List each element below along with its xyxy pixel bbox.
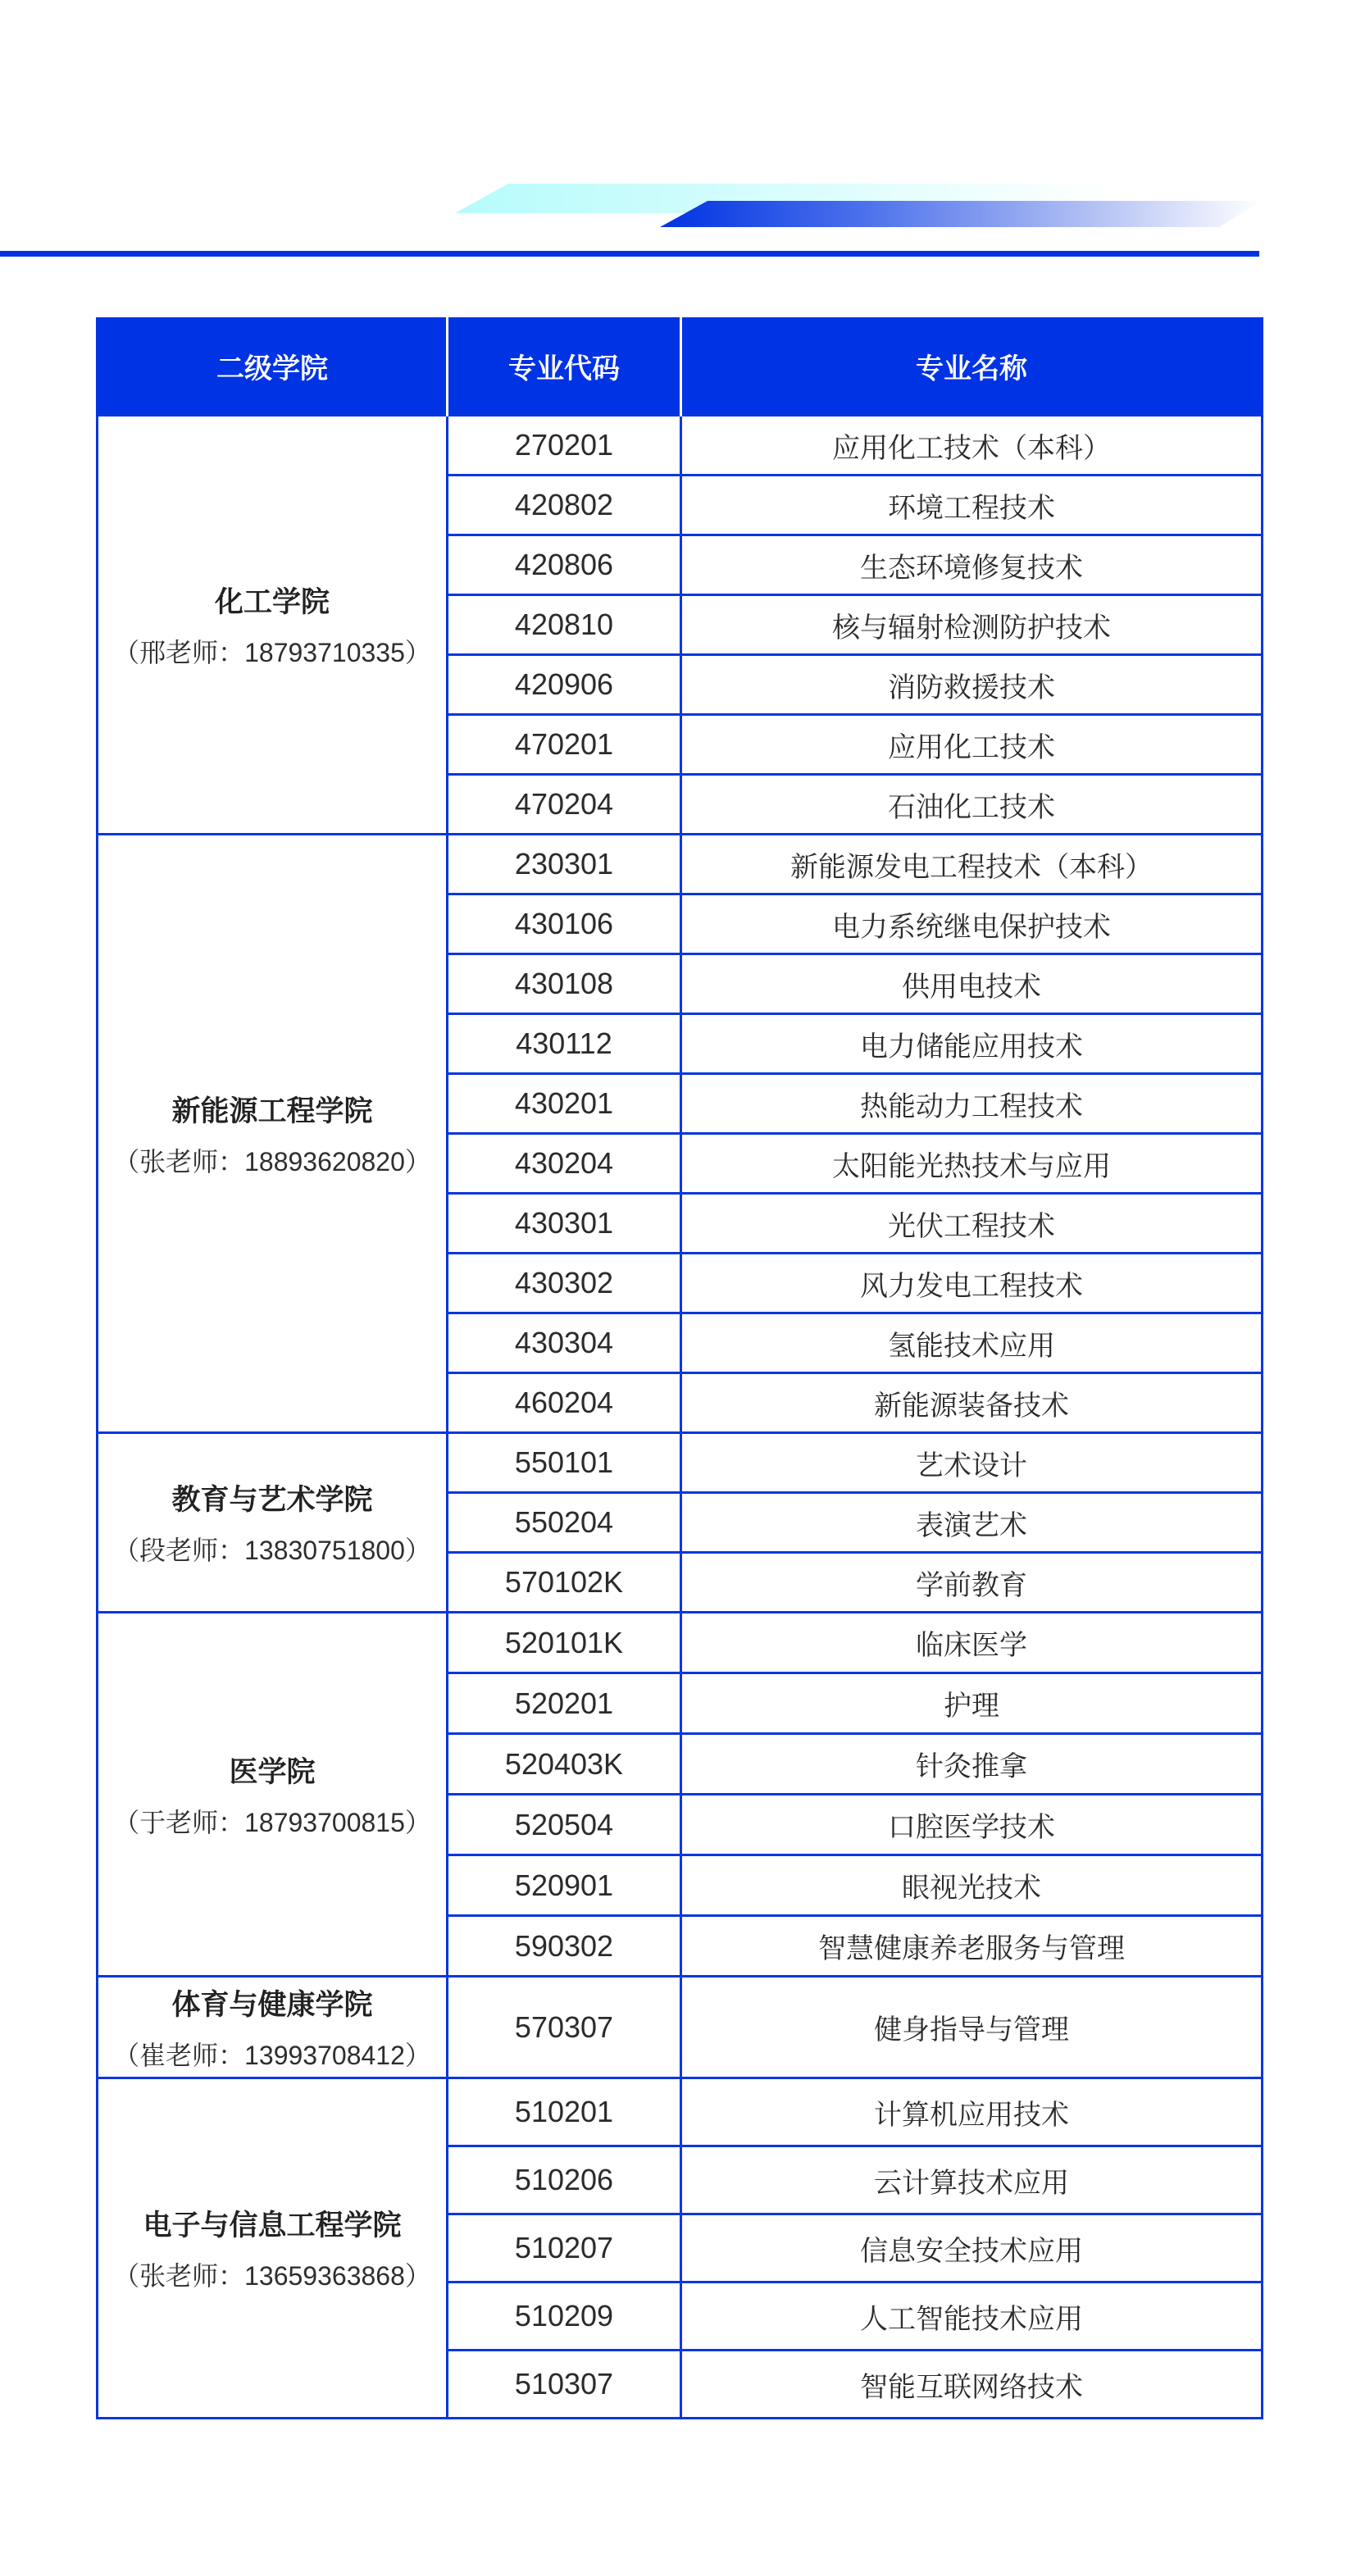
major-code-cell: 430302 bbox=[448, 1254, 681, 1313]
college-name: 新能源工程学院 bbox=[103, 1089, 441, 1130]
major-code-cell: 510307 bbox=[448, 2351, 681, 2419]
major-code-cell: 590302 bbox=[448, 1916, 681, 1977]
major-name-cell: 太阳能光热技术与应用 bbox=[681, 1134, 1263, 1194]
header-major-code: 专业代码 bbox=[448, 317, 681, 416]
header-rule-line bbox=[0, 251, 1259, 257]
major-code-cell: 470204 bbox=[448, 775, 681, 835]
college-contact: （邢老师：18793710335） bbox=[103, 632, 441, 670]
major-name-cell: 供用电技术 bbox=[681, 954, 1263, 1014]
major-name-cell: 消防救援技术 bbox=[681, 655, 1263, 715]
major-code-cell: 430204 bbox=[448, 1134, 681, 1194]
major-name-cell: 电力储能应用技术 bbox=[681, 1014, 1263, 1074]
major-code-cell: 430304 bbox=[448, 1313, 681, 1373]
college-cell: 化工学院（邢老师：18793710335） bbox=[98, 416, 448, 835]
major-code-cell: 570102K bbox=[448, 1553, 681, 1613]
major-code-cell: 520403K bbox=[448, 1734, 681, 1795]
college-name: 教育与艺术学院 bbox=[103, 1477, 441, 1518]
college-cell: 教育与艺术学院（段老师：13830751800） bbox=[98, 1433, 448, 1613]
major-code-cell: 550204 bbox=[448, 1493, 681, 1553]
table-row: 化工学院（邢老师：18793710335）270201应用化工技术（本科） bbox=[98, 416, 1263, 476]
major-name-cell: 光伏工程技术 bbox=[681, 1194, 1263, 1254]
major-name-cell: 智慧健康养老服务与管理 bbox=[681, 1916, 1263, 1977]
major-code-cell: 550101 bbox=[448, 1433, 681, 1493]
major-name-cell: 智能互联网络技术 bbox=[681, 2351, 1263, 2419]
college-cell: 体育与健康学院（崔老师：13993708412） bbox=[98, 1977, 448, 2078]
major-name-cell: 氢能技术应用 bbox=[681, 1313, 1263, 1373]
major-name-cell: 人工智能技术应用 bbox=[681, 2282, 1263, 2351]
major-name-cell: 热能动力工程技术 bbox=[681, 1074, 1263, 1134]
major-name-cell: 信息安全技术应用 bbox=[681, 2214, 1263, 2282]
major-code-cell: 510209 bbox=[448, 2282, 681, 2351]
major-name-cell: 风力发电工程技术 bbox=[681, 1254, 1263, 1313]
major-name-cell: 针灸推拿 bbox=[681, 1734, 1263, 1795]
major-name-cell: 护理 bbox=[681, 1673, 1263, 1734]
major-code-cell: 510207 bbox=[448, 2214, 681, 2282]
major-name-cell: 石油化工技术 bbox=[681, 775, 1263, 835]
header-decoration bbox=[0, 0, 1356, 271]
major-name-cell: 表演艺术 bbox=[681, 1493, 1263, 1553]
major-name-cell: 学前教育 bbox=[681, 1553, 1263, 1613]
major-code-cell: 430201 bbox=[448, 1074, 681, 1134]
college-name: 化工学院 bbox=[103, 580, 441, 621]
major-name-cell: 艺术设计 bbox=[681, 1433, 1263, 1493]
college-cell: 电子与信息工程学院（张老师：13659363868） bbox=[98, 2078, 448, 2419]
major-name-cell: 临床医学 bbox=[681, 1613, 1263, 1673]
major-code-cell: 430108 bbox=[448, 954, 681, 1014]
major-code-cell: 430301 bbox=[448, 1194, 681, 1254]
college-contact: （张老师：18893620820） bbox=[103, 1141, 441, 1179]
college-contact: （段老师：13830751800） bbox=[103, 1530, 441, 1568]
college-cell: 新能源工程学院（张老师：18893620820） bbox=[98, 835, 448, 1433]
major-code-cell: 510201 bbox=[448, 2078, 681, 2146]
major-code-cell: 570307 bbox=[448, 1977, 681, 2078]
major-name-cell: 云计算技术应用 bbox=[681, 2146, 1263, 2214]
major-code-cell: 520901 bbox=[448, 1855, 681, 1916]
major-code-cell: 270201 bbox=[448, 416, 681, 476]
major-code-cell: 230301 bbox=[448, 835, 681, 894]
major-name-cell: 健身指导与管理 bbox=[681, 1977, 1263, 2078]
major-name-cell: 眼视光技术 bbox=[681, 1855, 1263, 1916]
college-contact: （崔老师：13993708412） bbox=[103, 2035, 441, 2073]
major-name-cell: 新能源装备技术 bbox=[681, 1373, 1263, 1433]
blue-ribbon bbox=[660, 201, 1263, 227]
table-body: 化工学院（邢老师：18793710335）270201应用化工技术（本科）420… bbox=[98, 416, 1263, 2419]
major-name-cell: 新能源发电工程技术（本科） bbox=[681, 835, 1263, 894]
major-code-cell: 520504 bbox=[448, 1795, 681, 1855]
major-code-cell: 430112 bbox=[448, 1014, 681, 1074]
college-cell: 医学院（于老师：18793700815） bbox=[98, 1613, 448, 1977]
major-code-cell: 520201 bbox=[448, 1673, 681, 1734]
majors-table-container: 二级学院 专业代码 专业名称 化工学院（邢老师：18793710335）2702… bbox=[96, 317, 1261, 2419]
major-code-cell: 470201 bbox=[448, 715, 681, 775]
college-name: 医学院 bbox=[103, 1750, 441, 1791]
table-row: 新能源工程学院（张老师：18893620820）230301新能源发电工程技术（… bbox=[98, 835, 1263, 894]
header-major-name: 专业名称 bbox=[681, 317, 1263, 416]
college-contact: （张老师：13659363868） bbox=[103, 2255, 441, 2293]
major-code-cell: 420802 bbox=[448, 476, 681, 535]
table-row: 医学院（于老师：18793700815）520101K临床医学 bbox=[98, 1613, 1263, 1673]
table-header-row: 二级学院 专业代码 专业名称 bbox=[98, 317, 1263, 416]
major-name-cell: 应用化工技术 bbox=[681, 715, 1263, 775]
major-name-cell: 口腔医学技术 bbox=[681, 1795, 1263, 1855]
major-name-cell: 应用化工技术（本科） bbox=[681, 416, 1263, 476]
table-row: 电子与信息工程学院（张老师：13659363868）510201计算机应用技术 bbox=[98, 2078, 1263, 2146]
major-name-cell: 核与辐射检测防护技术 bbox=[681, 595, 1263, 655]
college-contact: （于老师：18793700815） bbox=[103, 1802, 441, 1840]
major-code-cell: 420906 bbox=[448, 655, 681, 715]
major-code-cell: 420810 bbox=[448, 595, 681, 655]
major-code-cell: 510206 bbox=[448, 2146, 681, 2214]
major-name-cell: 生态环境修复技术 bbox=[681, 535, 1263, 595]
major-name-cell: 电力系统继电保护技术 bbox=[681, 894, 1263, 954]
college-name: 电子与信息工程学院 bbox=[103, 2203, 441, 2244]
header-college: 二级学院 bbox=[98, 317, 448, 416]
major-name-cell: 计算机应用技术 bbox=[681, 2078, 1263, 2146]
table-row: 体育与健康学院（崔老师：13993708412）570307健身指导与管理 bbox=[98, 1977, 1263, 2078]
table-row: 教育与艺术学院（段老师：13830751800）550101艺术设计 bbox=[98, 1433, 1263, 1493]
majors-table: 二级学院 专业代码 专业名称 化工学院（邢老师：18793710335）2702… bbox=[96, 317, 1263, 2419]
college-name: 体育与健康学院 bbox=[103, 1982, 441, 2023]
major-name-cell: 环境工程技术 bbox=[681, 476, 1263, 535]
major-code-cell: 420806 bbox=[448, 535, 681, 595]
major-code-cell: 460204 bbox=[448, 1373, 681, 1433]
major-code-cell: 430106 bbox=[448, 894, 681, 954]
major-code-cell: 520101K bbox=[448, 1613, 681, 1673]
